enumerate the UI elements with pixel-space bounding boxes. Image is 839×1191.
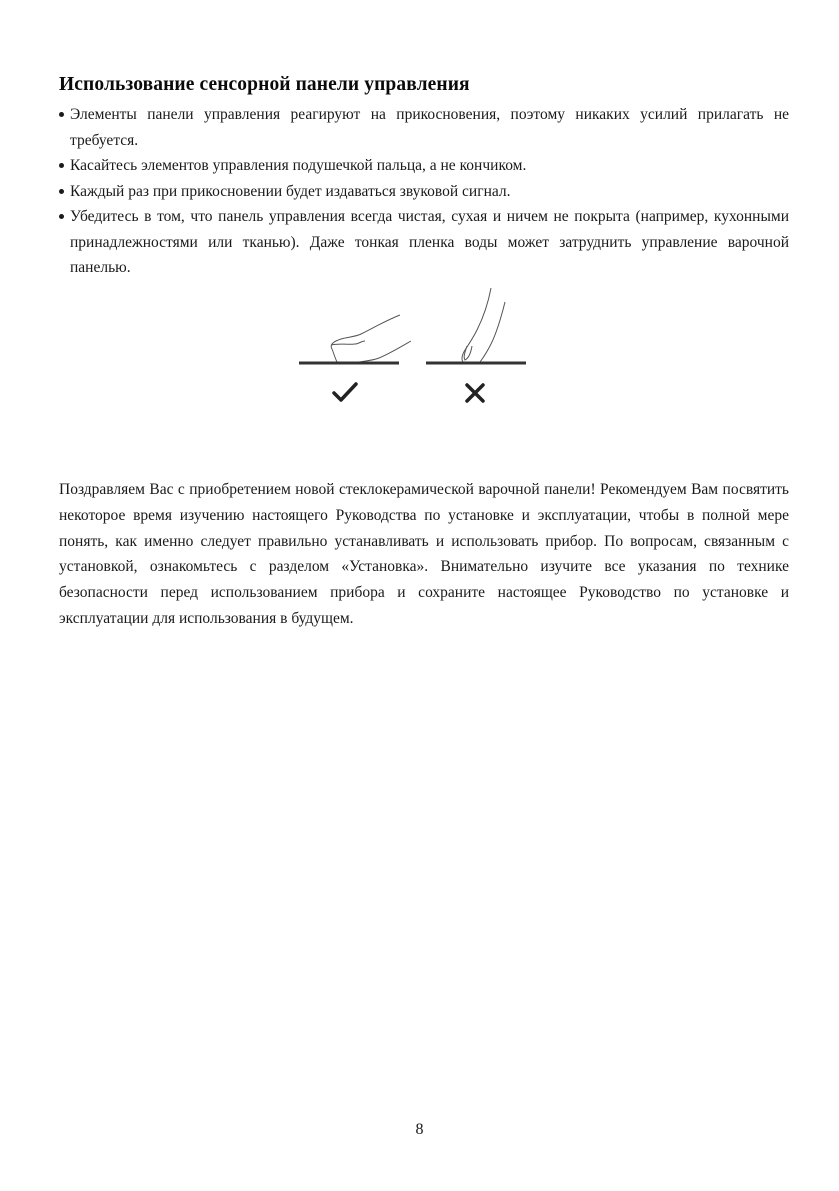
list-item-text: Убедитесь в том, что панель управления в… (70, 208, 789, 276)
bullet-icon (59, 112, 64, 117)
document-page: Использование сенсорной панели управлени… (59, 72, 789, 281)
list-item-text: Каждый раз при прикосновении будет издав… (70, 183, 511, 200)
fingertip-illustration (426, 288, 526, 363)
bullet-icon (59, 163, 64, 168)
intro-paragraph: Поздравляем Вас с приобретением новой ст… (59, 477, 789, 632)
list-item: Элементы панели управления реагируют на … (59, 102, 789, 153)
cross-mark-icon (467, 385, 483, 401)
list-item: Каждый раз при прикосновении будет издав… (59, 179, 789, 205)
list-item: Убедитесь в том, что панель управления в… (59, 204, 789, 281)
page-number: 8 (0, 1120, 839, 1140)
list-item-text: Элементы панели управления реагируют на … (70, 106, 789, 149)
finger-pad-illustration (299, 315, 411, 363)
bullet-icon (59, 189, 64, 194)
instruction-list: Элементы панели управления реагируют на … (59, 102, 789, 281)
touch-technique-figure (299, 282, 529, 407)
check-mark-icon (334, 384, 356, 400)
bullet-icon (59, 214, 64, 219)
section-heading: Использование сенсорной панели управлени… (59, 72, 789, 98)
list-item: Касайтесь элементов управления подушечко… (59, 153, 789, 179)
list-item-text: Касайтесь элементов управления подушечко… (70, 157, 526, 174)
